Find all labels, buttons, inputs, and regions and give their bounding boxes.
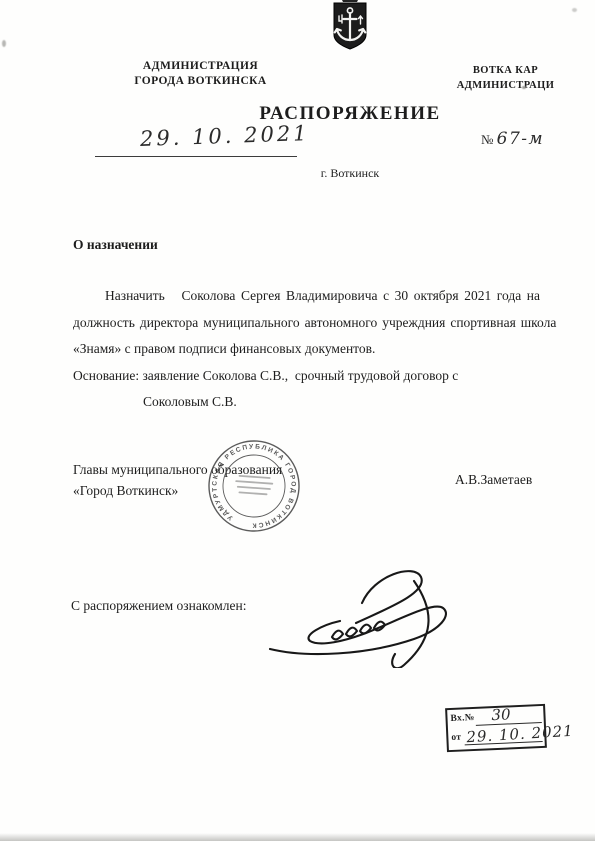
intake-number-handwritten: 30 bbox=[491, 705, 511, 724]
scan-speck bbox=[2, 40, 6, 47]
org-name-line: ВОТКА КАР bbox=[428, 63, 583, 78]
date-underline bbox=[95, 156, 297, 157]
handwritten-number: 67-м bbox=[497, 129, 544, 149]
scan-edge-shadow bbox=[0, 833, 595, 841]
intake-stamp-box: Вх.№ 30 от 29. 10. 2021 bbox=[445, 704, 547, 752]
acknowledgement-label: С распоряжением ознакомлен: bbox=[71, 598, 246, 614]
signature-ink bbox=[262, 563, 462, 668]
org-name-line: ГОРОДА ВОТКИНСКА bbox=[118, 74, 283, 89]
org-name-line: АДМИНИСТРАЦИ bbox=[428, 78, 583, 93]
intake-number-label: Вх.№ bbox=[450, 713, 475, 724]
body-line: должность директора муниципального автон… bbox=[73, 310, 543, 337]
signatory-name: А.В.Заметаев bbox=[455, 472, 575, 488]
place-line: г. Воткинск bbox=[160, 166, 540, 181]
scan-speck bbox=[572, 8, 577, 12]
document-title: РАСПОРЯЖЕНИЕ bbox=[160, 103, 540, 125]
intake-from-label: от bbox=[451, 733, 461, 743]
subject-heading: О назначении bbox=[73, 237, 158, 253]
stamp-inner-illegible-text bbox=[234, 475, 273, 496]
scan-speck bbox=[522, 86, 526, 89]
stamp-ring-text: УДМУРТСКАЯ РЕСПУБЛИКА ГОРОД ВОТКИНСК bbox=[203, 435, 305, 537]
official-round-stamp: УДМУРТСКАЯ РЕСПУБЛИКА ГОРОД ВОТКИНСК bbox=[203, 435, 305, 537]
document-number: № 67-м bbox=[481, 129, 544, 149]
emblem-crown bbox=[341, 0, 359, 2]
org-name-russian: АДМИНИСТРАЦИЯ ГОРОДА ВОТКИНСКА bbox=[118, 59, 283, 89]
body-line: Назначить Соколова Сергея Владимировича … bbox=[73, 283, 543, 310]
basis-line: Соколовым С.В. bbox=[73, 389, 543, 416]
signature-strokes bbox=[270, 571, 446, 668]
coat-of-arms-icon bbox=[327, 0, 373, 54]
org-name-line: АДМИНИСТРАЦИЯ bbox=[118, 59, 283, 74]
body-text: Назначить Соколова Сергея Владимировича … bbox=[73, 283, 543, 416]
intake-date-row: от 29. 10. 2021 bbox=[448, 725, 545, 748]
document-page: АДМИНИСТРАЦИЯ ГОРОДА ВОТКИНСКА ВОТКА КАР… bbox=[0, 0, 595, 841]
handwritten-date: 29. 10. 2021 bbox=[140, 121, 310, 151]
number-sign: № bbox=[481, 132, 493, 147]
stamp-outer-ring bbox=[206, 438, 302, 534]
org-name-udmurt: ВОТКА КАР АДМИНИСТРАЦИ bbox=[428, 63, 583, 93]
stamp-inner-ring bbox=[221, 453, 287, 519]
svg-text:УДМУРТСКАЯ РЕСПУБЛИКА ГОРОД В: УДМУРТСКАЯ РЕСПУБЛИКА ГОРОД ВОТКИНСК bbox=[203, 435, 305, 537]
body-line: «Знамя» с правом подписи финансовых доку… bbox=[73, 336, 543, 363]
basis-line: Основание: заявление Соколова С.В., сроч… bbox=[73, 363, 543, 390]
stamp-ring-text-group: УДМУРТСКАЯ РЕСПУБЛИКА ГОРОД ВОТКИНСК bbox=[203, 435, 305, 537]
